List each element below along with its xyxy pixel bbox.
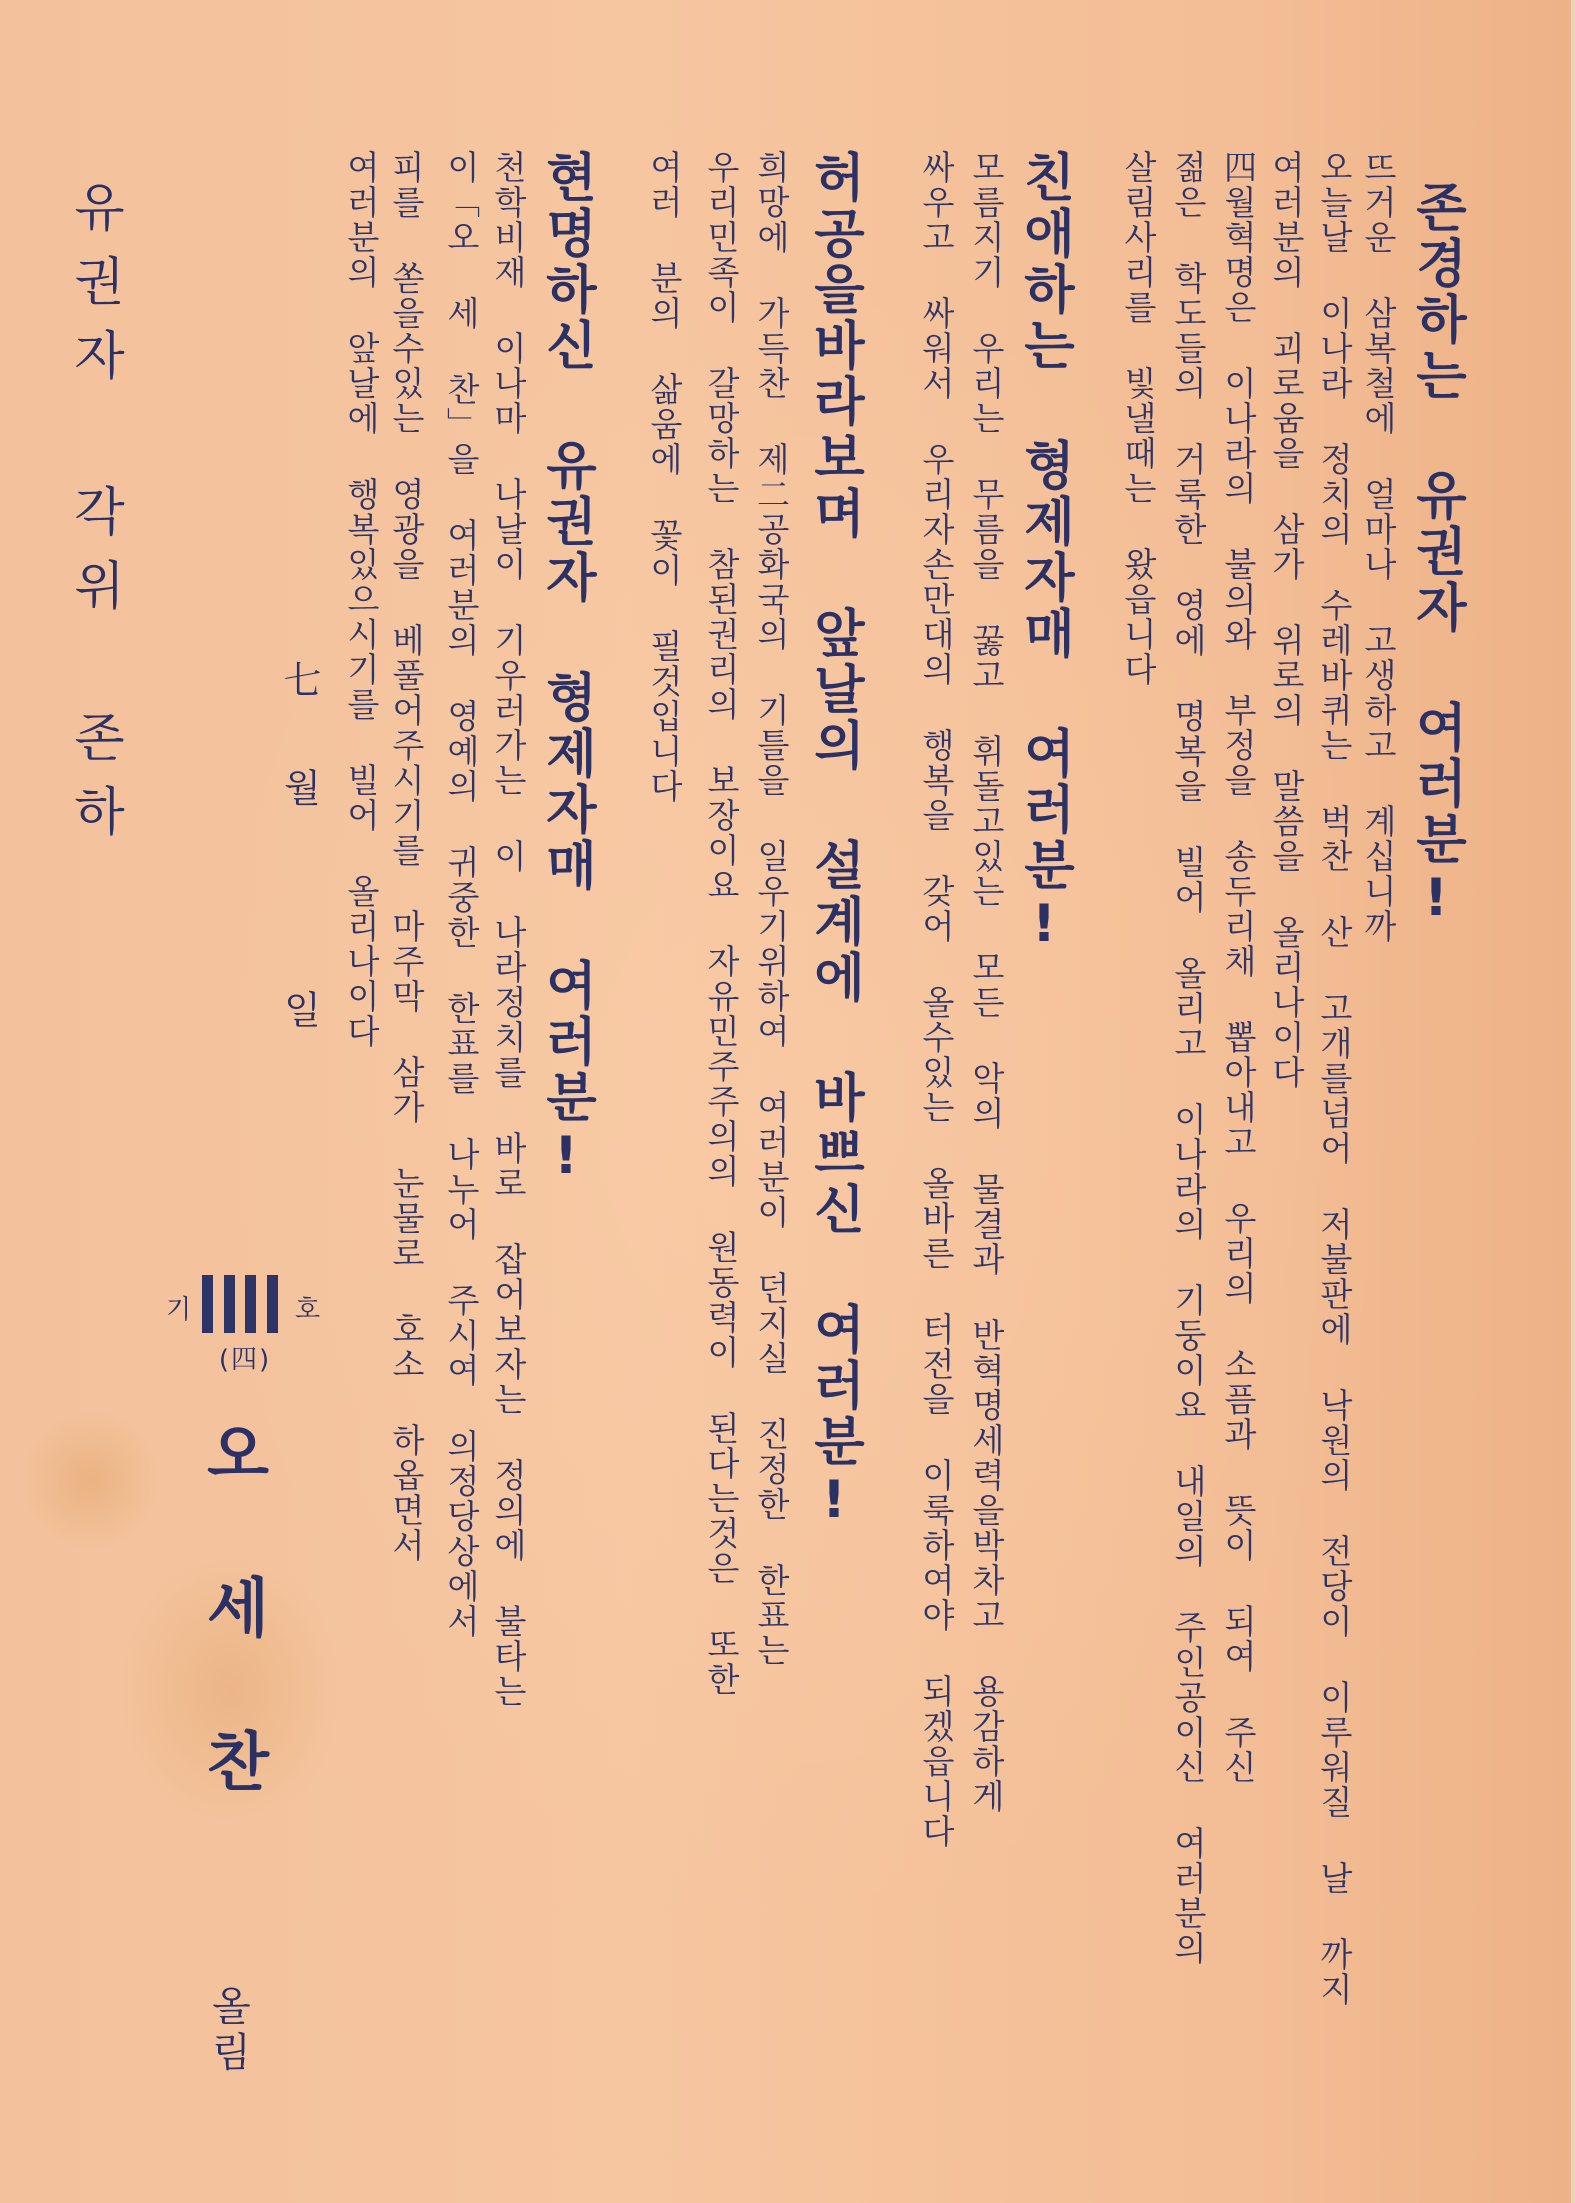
number-bars-icon: [202, 1275, 278, 1333]
section-heading: 현명하신 유권자 형제자매 여러분!: [540, 150, 592, 1190]
section-heading: 허공을바라보며 앞날의 설계에 바쁘신 여러분!: [808, 150, 860, 1534]
body-line: 젊은 학도들의 거룩한 영에 명복을 빌어 올리고 이나라의 기둥이요 내일의 …: [1172, 150, 1205, 1966]
addressee-honorific: 존하: [68, 710, 120, 858]
section-heading: 존경하는 유권자 여러분!: [1410, 180, 1462, 932]
candidate-number: 기 호 (四): [160, 1265, 330, 1375]
body-line: 여러분의 괴로움을 삼가 위로의 말씀을 올리나이다: [1270, 150, 1303, 1090]
number-prefix: 기: [166, 1289, 191, 1326]
closing-word: 올림: [208, 1985, 248, 2077]
letter-page: 존경하는 유권자 여러분! 뜨거운 삼복철에 얼마나 고생하고 계십니까 오늘날…: [0, 0, 1575, 2203]
body-line: 뜨거운 삼복철에 얼마나 고생하고 계십니까: [1362, 150, 1395, 944]
number-hanja: (四): [180, 1339, 310, 1376]
body-line: 우리민족이 갈망하는 참된권리의 보장이요 자유민주주의의 원동력이 된다는것은…: [705, 150, 738, 1697]
body-line: 오늘날 이나라 정치의 수레바퀴는 벅찬 산 고개를넘어 저불판에 낙원의 전당…: [1318, 150, 1351, 2007]
letter-date: 七월 일: [280, 660, 318, 1098]
body-line: 여러분의 앞날에 행복있으시기를 빌어 올리나이다: [345, 150, 378, 1049]
addressee-name: 유권자 각위: [68, 180, 120, 632]
body-line: 여러 분의 삶움에 꽃이 필것입니다: [648, 150, 681, 804]
body-line: 희망에 가득찬 제二공화국의 기틀을 일우기위하여 여러분이 던지실 진정한 한…: [755, 150, 788, 1668]
body-line: 싸우고 싸워서 우리자손만대의 행복을 갖어 올수있는 올바른 터전을 이룩하여…: [920, 150, 953, 1849]
section-heading: 친애하는 형제자매 여러분!: [1018, 150, 1070, 958]
body-line: 천학비재 이나마 나날이 기우러가는 이 나라정치를 바로 잡어보자는 정의에 …: [492, 150, 525, 1709]
body-line: 피를 쏟을수있는 영광을 베풀어주시기를 마주막 삼가 눈물로 호소 하옵면서: [390, 150, 423, 1563]
number-suffix: 호: [295, 1289, 320, 1326]
body-line: 四월혁명은 이나라의 불의와 부정을 송두리채 뽑아내고 우리의 소픔과 뜻이 …: [1222, 150, 1255, 1785]
body-line: 살림사리를 빛낼때는 왔읍니다: [1122, 150, 1155, 687]
candidate-name: 오세찬: [200, 1420, 264, 1882]
body-line: 이「오 세 찬」을 여러분의 영예의 귀중한 한표를 나누어 주시여 의정당상에…: [445, 150, 478, 1639]
body-line: 모름지기 우리는 무름을 꿇고 휘돌고있는 모든 악의 물결과 반혁명세력을박차…: [970, 150, 1003, 1814]
